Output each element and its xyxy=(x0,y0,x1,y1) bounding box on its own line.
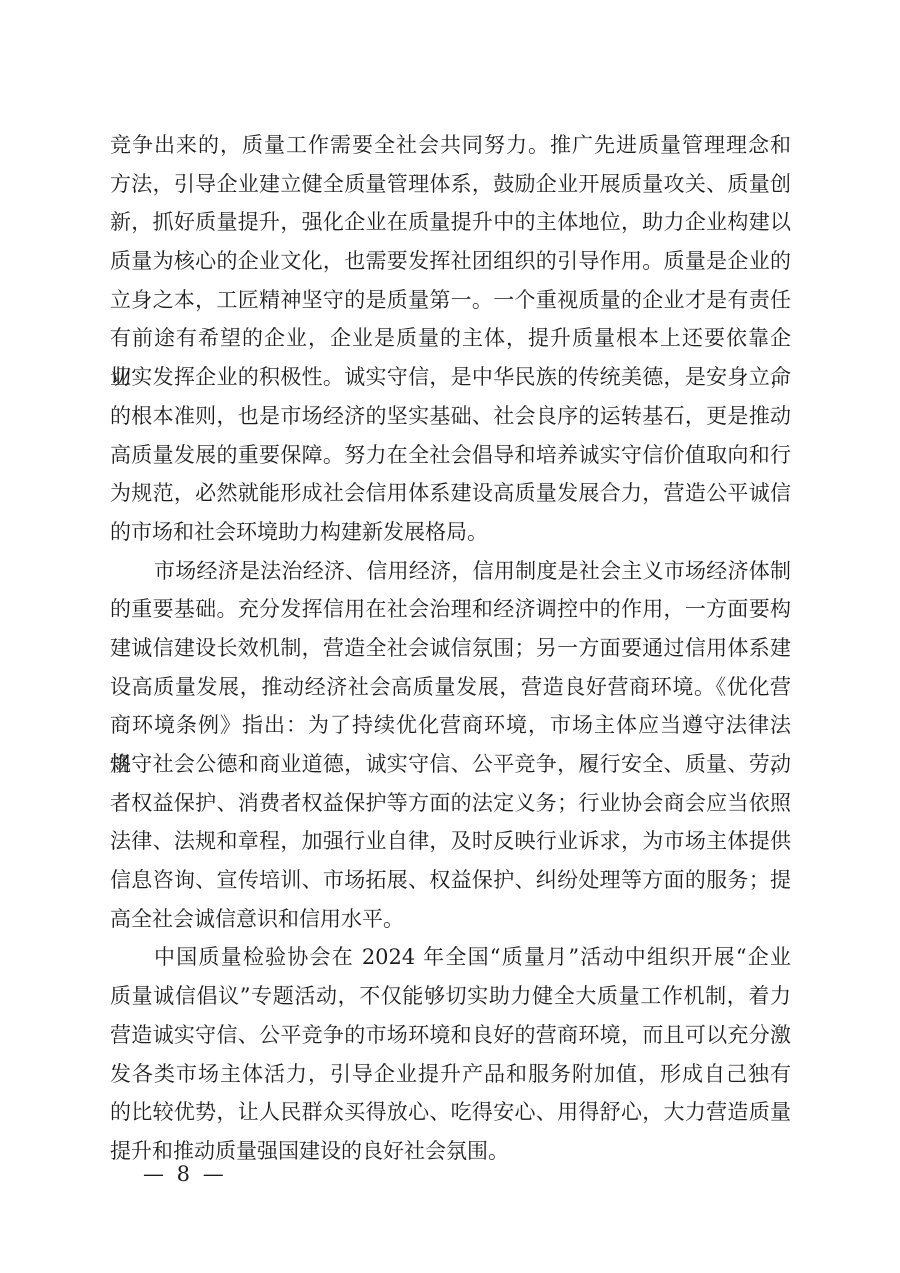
text-line: 发各类市场主体活力，引导企业提升产品和服务附加值，形成自己独有 xyxy=(110,1055,791,1094)
text-line: 为规范，必然就能形成社会信用体系建设高质量发展合力，营造公平诚信 xyxy=(110,474,791,513)
text-line: 方法，引导企业建立健全质量管理体系，鼓励企业开展质量攻关、质量创 xyxy=(110,165,791,204)
text-line: 质量为核心的企业文化，也需要发挥社团组织的引导作用。质量是企业的 xyxy=(110,242,791,281)
text-line: 建诚信建设长效机制，营造全社会诚信氛围；另一方面要通过信用体系建 xyxy=(110,629,791,668)
text-line: 信息咨询、宣传培训、市场拓展、权益保护、纠纷处理等方面的服务；提 xyxy=(110,861,791,900)
text-line: 新，抓好质量提升，强化企业在质量提升中的主体地位，助力企业构建以 xyxy=(110,203,791,242)
text-line: 有前途有希望的企业，企业是质量的主体，提升质量根本上还要依靠企业， xyxy=(110,319,791,358)
text-line: 营造诚实守信、公平竞争的市场环境和良好的营商环境，而且可以充分激 xyxy=(110,1016,791,1055)
text-line: 竞争出来的，质量工作需要全社会共同努力。推广先进质量管理理念和 xyxy=(110,126,791,165)
text-line: 高全社会诚信意识和信用水平。 xyxy=(110,900,791,939)
text-line: 市场经济是法治经济、信用经济，信用制度是社会主义市场经济体制 xyxy=(110,552,791,591)
text-line: 恪守社会公德和商业道德，诚实守信、公平竞争，履行安全、质量、劳动 xyxy=(110,745,791,784)
document-page: 竞争出来的，质量工作需要全社会共同努力。推广先进质量管理理念和 方法，引导企业建… xyxy=(0,0,900,1273)
text-line: 的比较优势，让人民群众买得放心、吃得安心、用得舒心，大力营造质量 xyxy=(110,1093,791,1132)
text-line: 商环境条例》指出：为了持续优化营商环境，市场主体应当遵守法律法规， xyxy=(110,706,791,745)
text-line: 的根本准则，也是市场经济的坚实基础、社会良序的运转基石，更是推动 xyxy=(110,397,791,436)
paragraph: 中国质量检验协会在 2024 年全国“质量月”活动中组织开展“企业 质量诚信倡议… xyxy=(110,938,791,1170)
text-line: 的市场和社会环境助力构建新发展格局。 xyxy=(110,513,791,552)
page-number: — 8 — xyxy=(143,1162,227,1186)
text-line: 质量诚信倡议”专题活动，不仅能够切实助力健全大质量工作机制，着力 xyxy=(110,977,791,1016)
text-line: 中国质量检验协会在 2024 年全国“质量月”活动中组织开展“企业 xyxy=(110,938,791,977)
text-line: 者权益保护、消费者权益保护等方面的法定义务；行业协会商会应当依照 xyxy=(110,784,791,823)
text-line: 的重要基础。充分发挥信用在社会治理和经济调控中的作用，一方面要构 xyxy=(110,590,791,629)
text-line: 切实发挥企业的积极性。诚实守信，是中华民族的传统美德，是安身立命 xyxy=(110,358,791,397)
paragraph: 市场经济是法治经济、信用经济，信用制度是社会主义市场经济体制 的重要基础。充分发… xyxy=(110,552,791,939)
paragraph: 竞争出来的，质量工作需要全社会共同努力。推广先进质量管理理念和 方法，引导企业建… xyxy=(110,126,791,552)
text-line: 高质量发展的重要保障。努力在全社会倡导和培养诚实守信价值取向和行 xyxy=(110,436,791,475)
text-line: 法律、法规和章程，加强行业自律，及时反映行业诉求，为市场主体提供 xyxy=(110,822,791,861)
text-line: 设高质量发展，推动经济社会高质量发展，营造良好营商环境。《优化营 xyxy=(110,668,791,707)
text-line: 立身之本，工匠精神坚守的是质量第一。一个重视质量的企业才是有责任 xyxy=(110,281,791,320)
text-block: 竞争出来的，质量工作需要全社会共同努力。推广先进质量管理理念和 方法，引导企业建… xyxy=(110,126,791,1171)
